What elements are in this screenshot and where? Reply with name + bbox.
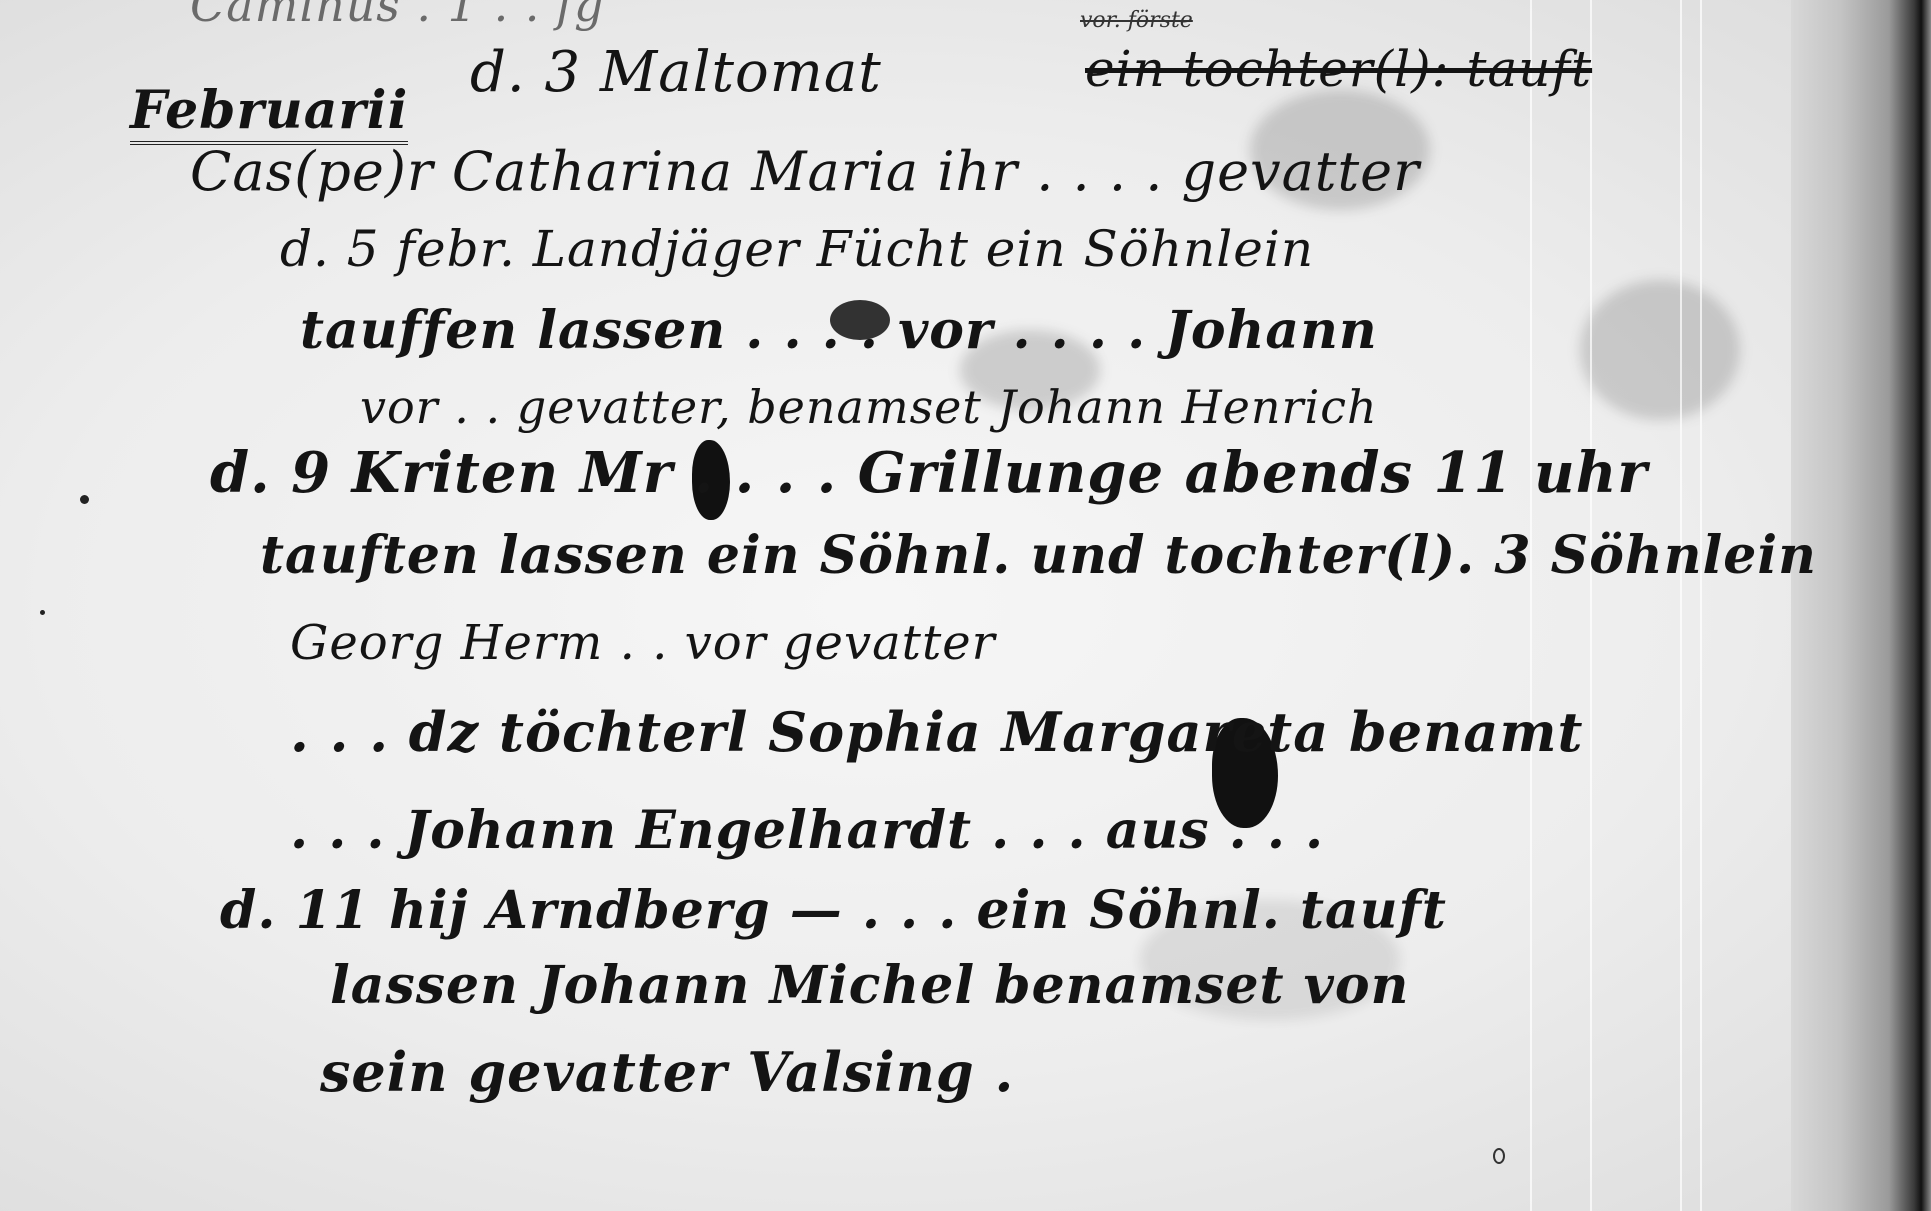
entry-line: d. 5 febr. Landjäger Fücht ein Söhnlein [280, 220, 1314, 278]
entry-line: tauffen lassen . . . . vor . . . . Johan… [300, 300, 1378, 361]
scan-artifact [1680, 0, 1682, 1211]
entry-line: d. 9 Kriten Mr . . . . Grillunge abends … [210, 440, 1648, 506]
scan-artifact [1590, 0, 1592, 1211]
entry-line-cont: ein tochter(l): tauft [1085, 40, 1592, 98]
entry-line: lassen Johann Michel benamset von [330, 955, 1409, 1016]
scan-artifact [1530, 0, 1532, 1211]
scan-artifact [1700, 0, 1702, 1211]
entry-line: Georg Herm . . vor gevatter [290, 615, 996, 671]
entry-line: Cas(pe)r Catharina Maria ihr . . . . gev… [190, 140, 1420, 203]
interlinear-note: vor. förste [1080, 8, 1193, 33]
entry-line: vor . . gevatter, benamset Johann Henric… [360, 380, 1378, 434]
month-heading: Februarii [130, 80, 408, 145]
entry-line: Caminus . 1 . . fg [190, 0, 605, 32]
entry-line: d. 11 hij Arndberg — . . . ein Söhnl. ta… [220, 880, 1447, 941]
entry-line: sein gevatter Valsing . [320, 1040, 1014, 1104]
scanned-register-page: Februarii Caminus . 1 . . fg d. 3 Maltom… [0, 0, 1931, 1211]
ink-dot [40, 610, 45, 615]
ink-stain [1580, 280, 1740, 420]
ink-dot [80, 495, 89, 504]
entry-line: d. 3 Maltomat [470, 40, 882, 105]
book-gutter [1791, 0, 1931, 1211]
entry-line: . . . dz töchterl Sophia Margareta benam… [290, 700, 1583, 764]
entry-line: . . . Johann Engelhardt . . . aus . . . [290, 800, 1324, 861]
ink-mark [1493, 1148, 1505, 1164]
entry-line: tauften lassen ein Söhnl. und tochter(l)… [260, 525, 1817, 586]
